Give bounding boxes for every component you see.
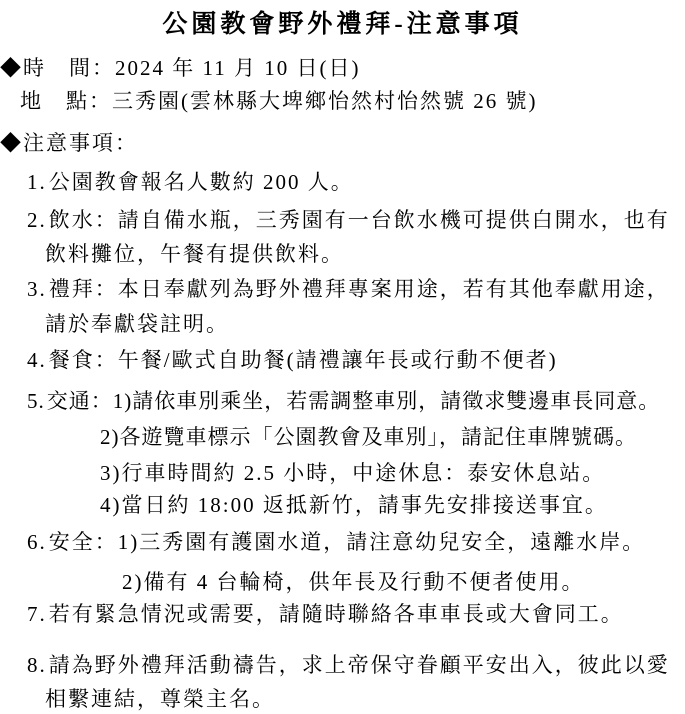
note-1-number: 1.	[27, 170, 47, 194]
diamond-bullet-icon: ◆	[0, 56, 23, 80]
note-4-number: 4.	[27, 348, 47, 372]
notice-document: 公園教會野外禮拜-注意事項 ◆時 間：2024 年 11 月 10 日(日) 地…	[0, 0, 685, 714]
note-8-line-2: 相繫連結，尊榮主名。	[45, 687, 275, 711]
notes-heading-text: 注意事項：	[23, 131, 138, 155]
note-2-text-1: 飲水：請自備水瓶，三秀園有一台飲水機可提供白開水，也有	[49, 208, 670, 232]
note-8-number: 8.	[27, 653, 47, 677]
note-7-number: 7.	[27, 602, 47, 626]
note-5-number: 5.	[27, 389, 45, 413]
note-3-line-2: 請於奉獻袋註明。	[45, 312, 229, 336]
note-4: 4.餐食：午餐/歐式自助餐(請禮讓年長或行動不便者)	[27, 348, 558, 372]
note-2-line-1: 2.飲水：請自備水瓶，三秀園有一台飲水機可提供白開水，也有	[27, 208, 670, 232]
time-value: 2024 年 11 月 10 日(日)	[115, 56, 360, 80]
note-6-sub-2: 2)備有 4 台輪椅，供年長及行動不便者使用。	[122, 570, 585, 594]
diamond-bullet-icon: ◆	[0, 131, 23, 155]
note-6-text-1: 安全：1)三秀園有護園水道，請注意幼兒安全，遠離水岸。	[49, 530, 646, 554]
note-4-text: 餐食：午餐/歐式自助餐(請禮讓年長或行動不便者)	[49, 348, 558, 372]
note-8-text-1: 請為野外禮拜活動禱告，求上帝保守眷顧平安出入，彼此以愛	[49, 653, 670, 677]
note-1: 1.公園教會報名人數約 200 人。	[27, 170, 354, 194]
note-5-sub-2: 2)各遊覽車標示「公園教會及車別」，請記住車牌號碼。	[100, 425, 637, 449]
note-5-sub-3: 3)行車時間約 2.5 小時，中途休息：泰安休息站。	[100, 461, 605, 485]
note-1-text: 公園教會報名人數約 200 人。	[49, 170, 354, 194]
notes-heading: ◆注意事項：	[0, 131, 138, 155]
place-label: 地 點：	[20, 89, 112, 113]
note-6-number: 6.	[27, 530, 47, 554]
event-time-line: ◆時 間：2024 年 11 月 10 日(日)	[0, 56, 360, 80]
note-3-text-1: 禮拜：本日奉獻列為野外禮拜專案用途，若有其他奉獻用途，	[49, 277, 670, 301]
note-3-line-1: 3.禮拜：本日奉獻列為野外禮拜專案用途，若有其他奉獻用途，	[27, 277, 670, 301]
page-title: 公園教會野外禮拜-注意事項	[0, 4, 685, 40]
note-3-number: 3.	[27, 277, 47, 301]
note-7: 7.若有緊急情況或需要，請隨時聯絡各車車長或大會同工。	[27, 602, 624, 626]
event-place-line: 地 點：三秀園(雲林縣大埤鄉怡然村怡然號 26 號)	[20, 89, 538, 113]
time-label: 時 間：	[23, 56, 115, 80]
note-5-sub-4: 4)當日約 18:00 返抵新竹，請事先安排接送事宜。	[100, 493, 608, 517]
note-2-line-2: 飲料攤位，午餐有提供飲料。	[45, 242, 344, 266]
place-value: 三秀園(雲林縣大埤鄉怡然村怡然號 26 號)	[112, 89, 538, 113]
note-8-line-1: 8.請為野外禮拜活動禱告，求上帝保守眷顧平安出入，彼此以愛	[27, 653, 670, 677]
note-7-text: 若有緊急情況或需要，請隨時聯絡各車車長或大會同工。	[49, 602, 624, 626]
note-2-number: 2.	[27, 208, 47, 232]
note-5-line-1: 5.交通：1)請依車別乘坐，若需調整車別，請徵求雙邊車長同意。	[27, 389, 660, 413]
note-6-line-1: 6.安全：1)三秀園有護園水道，請注意幼兒安全，遠離水岸。	[27, 530, 645, 554]
note-5-text-1: 交通：1)請依車別乘坐，若需調整車別，請徵求雙邊車長同意。	[47, 389, 661, 413]
